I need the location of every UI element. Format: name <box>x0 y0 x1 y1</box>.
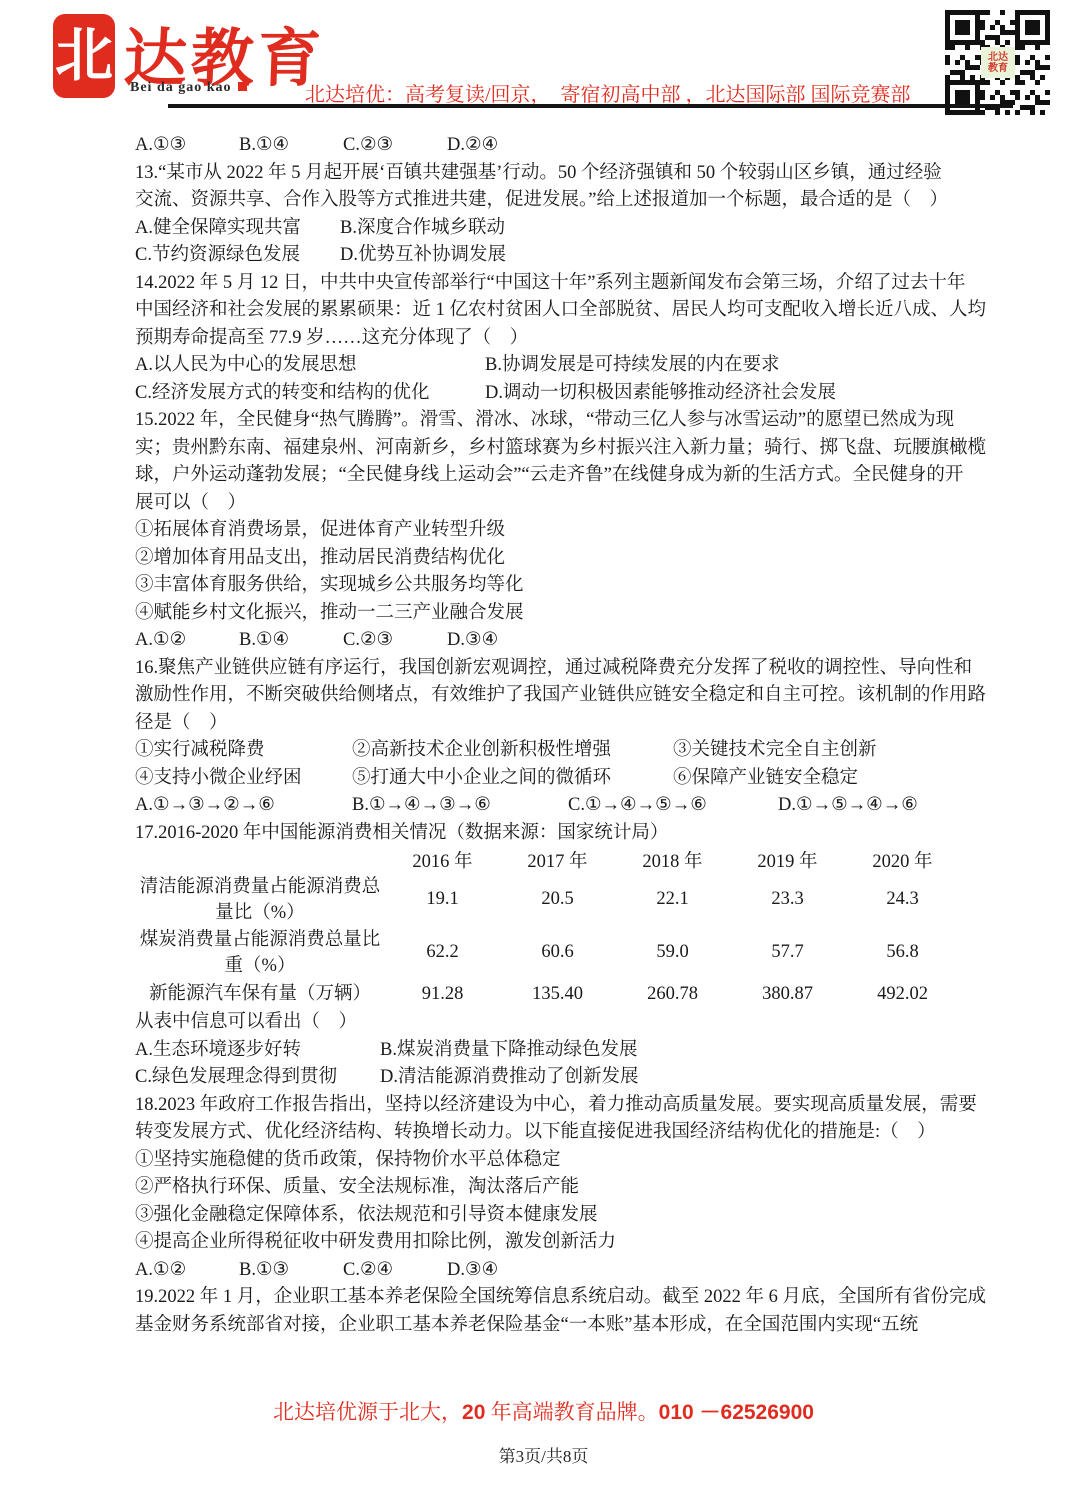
table-cell: 20.5 <box>500 889 615 910</box>
table-cell: 62.2 <box>385 942 500 963</box>
brand-seal-icon: 北 <box>53 14 115 98</box>
exam-page: 北 达教育 Bei da gao kao 北达培优：高考复读/回京， 寄宿初高中… <box>0 0 1087 1512</box>
text-line: 19.2022 年 1 月，企业职工基本养老保险全国统筹信息系统启动。截至 20… <box>135 1284 963 1312</box>
text-line: ①实行减税降费②高新技术企业创新积极性增强③关键技术完全自主创新 <box>135 737 963 765</box>
text-line: C.节约资源绿色发展D.优势互补协调发展 <box>135 242 963 270</box>
text-segment: A.①② <box>135 1257 239 1285</box>
text-segment: A.生态环境逐步好转 <box>135 1037 380 1065</box>
text-line: A.健全保障实现共富B.深度合作城乡联动 <box>135 215 963 243</box>
question-text-lines: A.①③B.①④C.②③D.②④13.“某市从 2022 年 5 月起开展‘百镇… <box>135 132 963 847</box>
text-line: ②增加体育用品支出，推动居民消费结构优化 <box>135 545 963 573</box>
text-line: ④支持小微企业纾困⑤打通大中小企业之间的微循环⑥保障产业链安全稳定 <box>135 765 963 793</box>
text-segment: D.优势互补协调发展 <box>340 242 506 270</box>
slogan-years: 20 <box>462 1401 485 1424</box>
text-line: 径是（ ） <box>135 710 963 738</box>
text-segment: D.清洁能源消费推动了创新发展 <box>380 1064 639 1092</box>
table-col-header: 2016 年 <box>385 847 500 873</box>
energy-table: 2016 年 2017 年 2018 年 2019 年 2020 年 清洁能源消… <box>135 847 960 1009</box>
text-segment: ⑥保障产业链安全稳定 <box>673 765 858 793</box>
table-row-label: 新能源汽车保有量（万辆） <box>135 981 385 1007</box>
table-col-header: 2020 年 <box>845 847 960 873</box>
text-segment: B.①③ <box>239 1257 343 1285</box>
text-line: ③丰富体育服务供给，实现城乡公共服务均等化 <box>135 572 963 600</box>
brand-subtitle-text: Bei da gao kao <box>130 80 232 95</box>
text-line: A.①③B.①④C.②③D.②④ <box>135 132 963 160</box>
table-row: 清洁能源消费量占能源消费总量比（%） 19.1 20.5 22.1 23.3 2… <box>135 873 960 926</box>
text-line: 16.聚焦产业链供应链有序运行，我国创新宏观调控，通过减税降费充分发挥了税收的调… <box>135 655 963 683</box>
text-line: ①拓展体育消费场景，促进体育产业转型升级 <box>135 517 963 545</box>
slogan-text: 年高端教育品牌。 <box>485 1400 658 1424</box>
text-line: C.经济发展方式的转变和结构的优化D.调动一切积极因素能够推动经济社会发展 <box>135 380 963 408</box>
text-segment: B.①④ <box>239 627 343 655</box>
text-line: 18.2023 年政府工作报告指出，坚持以经济建设为中心，着力推动高质量发展。要… <box>135 1092 963 1120</box>
text-segment: 16.聚焦产业链供应链有序运行，我国创新宏观调控，通过减税降费充分发挥了税收的调… <box>135 655 972 683</box>
slogan-phone: 010 －62526900 <box>659 1401 814 1424</box>
table-cell: 260.78 <box>615 984 730 1005</box>
text-line: 转变发展方式、优化经济结构、转换增长动力。以下能直接促进我国经济结构优化的措施是… <box>135 1119 963 1147</box>
text-segment: B.煤炭消费量下降推动绿色发展 <box>380 1037 637 1065</box>
text-segment: 17.2016-2020 年中国能源消费相关情况（数据来源：国家统计局） <box>135 820 668 848</box>
text-segment: D.③④ <box>447 627 498 655</box>
text-segment: ②增加体育用品支出，推动居民消费结构优化 <box>135 545 505 573</box>
text-segment: C.①→④→⑤→⑥ <box>568 792 778 820</box>
text-segment: D.调动一切积极因素能够推动经济社会发展 <box>485 380 836 408</box>
text-line: 14.2022 年 5 月 12 日，中共中央宣传部举行“中国这十年”系列主题新… <box>135 270 963 298</box>
text-segment: B.①④ <box>239 132 343 160</box>
table-cell: 56.8 <box>845 942 960 963</box>
table-cell: 135.40 <box>500 984 615 1005</box>
text-segment: 球，户外运动蓬勃发展；“全民健身线上运动会”“云走齐鲁”在线健身成为新的生活方式… <box>135 462 963 490</box>
text-segment: D.③④ <box>447 1257 498 1285</box>
text-segment: C.②④ <box>343 1257 447 1285</box>
text-segment: 13.“某市从 2022 年 5 月起开展‘百镇共建强基’行动。50 个经济强镇… <box>135 160 942 188</box>
text-segment: 展可以（ ） <box>135 490 246 518</box>
text-line: 中国经济和社会发展的累累硕果：近 1 亿农村贫困人口全部脱贫、居民人均可支配收入… <box>135 297 963 325</box>
text-segment: A.健全保障实现共富 <box>135 215 340 243</box>
table-cell: 23.3 <box>730 889 845 910</box>
text-line: 基金财务系统部省对接，企业职工基本养老保险基金“一本账”基本形成，在全国范围内实… <box>135 1312 963 1340</box>
text-segment: 转变发展方式、优化经济结构、转换增长动力。以下能直接促进我国经济结构优化的措施是… <box>135 1119 936 1147</box>
footer-slogan: 北达培优源于北大，20 年高端教育品牌。010 －62526900 <box>0 1396 1087 1426</box>
text-segment: A.①② <box>135 627 239 655</box>
table-cell: 91.28 <box>385 984 500 1005</box>
text-segment: 实；贵州黔东南、福建泉州、河南新乡，乡村篮球赛为乡村振兴注入新力量；骑行、掷飞盘… <box>135 435 986 463</box>
text-segment: 18.2023 年政府工作报告指出，坚持以经济建设为中心，着力推动高质量发展。要… <box>135 1092 977 1120</box>
seal-character: 北 <box>55 27 113 85</box>
qr-code: 北达 教育 <box>945 10 1050 115</box>
text-segment: ③丰富体育服务供给，实现城乡公共服务均等化 <box>135 572 524 600</box>
text-segment: ②严格执行环保、质量、安全法规标准，淘汰落后产能 <box>135 1174 579 1202</box>
text-segment: ①拓展体育消费场景，促进体育产业转型升级 <box>135 517 505 545</box>
table-cell: 492.02 <box>845 984 960 1005</box>
text-segment: D.②④ <box>447 132 498 160</box>
brand-subtitle: Bei da gao kao <box>130 80 247 96</box>
text-segment: 14.2022 年 5 月 12 日，中共中央宣传部举行“中国这十年”系列主题新… <box>135 270 965 298</box>
text-line: 交流、资源共享、合作入股等方式推进共建，促进发展。”给上述报道加一个标题，最合适… <box>135 187 963 215</box>
text-line: 球，户外运动蓬勃发展；“全民健身线上运动会”“云走齐鲁”在线健身成为新的生活方式… <box>135 462 963 490</box>
text-segment: 径是（ ） <box>135 710 228 738</box>
text-segment: ④赋能乡村文化振兴，推动一二三产业融合发展 <box>135 600 524 628</box>
text-line: 实；贵州黔东南、福建泉州、河南新乡，乡村篮球赛为乡村振兴注入新力量；骑行、掷飞盘… <box>135 435 963 463</box>
text-line: ①坚持实施稳健的货币政策，保持物价水平总体稳定 <box>135 1147 963 1175</box>
text-segment: D.①→⑤→④→⑥ <box>778 792 918 820</box>
table-cell: 59.0 <box>615 942 730 963</box>
text-segment: C.节约资源绿色发展 <box>135 242 340 270</box>
exam-content: A.①③B.①④C.②③D.②④13.“某市从 2022 年 5 月起开展‘百镇… <box>135 132 963 1339</box>
text-line: 激励性作用，不断突破供给侧堵点，有效维护了我国产业链供应链安全稳定和自主可控。该… <box>135 682 963 710</box>
text-segment: 19.2022 年 1 月，企业职工基本养老保险全国统筹信息系统启动。截至 20… <box>135 1284 986 1312</box>
qr-label-bottom: 教育 <box>988 63 1008 74</box>
text-line: A.①②B.①④C.②③D.③④ <box>135 627 963 655</box>
text-line: 17.2016-2020 年中国能源消费相关情况（数据来源：国家统计局） <box>135 820 963 848</box>
text-segment: A.①③ <box>135 132 239 160</box>
text-segment: C.②③ <box>343 132 447 160</box>
text-line: ②严格执行环保、质量、安全法规标准，淘汰落后产能 <box>135 1174 963 1202</box>
table-header-row: 2016 年 2017 年 2018 年 2019 年 2020 年 <box>135 847 960 873</box>
text-segment: C.绿色发展理念得到贯彻 <box>135 1064 380 1092</box>
table-row-label: 煤炭消费量占能源消费总量比重（%） <box>135 927 385 979</box>
text-segment: ④提高企业所得税征收中研发费用扣除比例，激发创新活力 <box>135 1229 616 1257</box>
text-segment: ④支持小微企业纾困 <box>135 765 352 793</box>
text-segment: C.②③ <box>343 627 447 655</box>
header-divider <box>168 104 1013 108</box>
red-square-icon <box>238 82 247 91</box>
text-segment: ①实行减税降费 <box>135 737 352 765</box>
table-cell: 57.7 <box>730 942 845 963</box>
text-line: C.绿色发展理念得到贯彻D.清洁能源消费推动了创新发展 <box>135 1064 963 1092</box>
qr-center-label: 北达 教育 <box>981 47 1015 78</box>
text-segment: 从表中信息可以看出（ ） <box>135 1009 357 1037</box>
text-line: A.以人民为中心的发展思想B.协调发展是可持续发展的内在要求 <box>135 352 963 380</box>
text-line: 13.“某市从 2022 年 5 月起开展‘百镇共建强基’行动。50 个经济强镇… <box>135 160 963 188</box>
text-line: ③强化金融稳定保障体系，依法规范和引导资本健康发展 <box>135 1202 963 1230</box>
slogan-text: 北达培优源于北大， <box>273 1400 462 1424</box>
table-row-label: 清洁能源消费量占能源消费总量比（%） <box>135 874 385 926</box>
table-row: 新能源汽车保有量（万辆） 91.28 135.40 260.78 380.87 … <box>135 979 960 1009</box>
text-segment: 中国经济和社会发展的累累硕果：近 1 亿农村贫困人口全部脱贫、居民人均可支配收入… <box>135 297 986 325</box>
text-segment: 交流、资源共享、合作入股等方式推进共建，促进发展。”给上述报道加一个标题，最合适… <box>135 187 948 215</box>
text-line: ④赋能乡村文化振兴，推动一二三产业融合发展 <box>135 600 963 628</box>
table-col-header: 2018 年 <box>615 847 730 873</box>
table-cell: 60.6 <box>500 942 615 963</box>
text-line: ④提高企业所得税征收中研发费用扣除比例，激发创新活力 <box>135 1229 963 1257</box>
text-segment: 基金财务系统部省对接，企业职工基本养老保险基金“一本账”基本形成，在全国范围内实… <box>135 1312 918 1340</box>
text-segment: ②高新技术企业创新积极性增强 <box>352 737 673 765</box>
text-segment: B.深度合作城乡联动 <box>340 215 505 243</box>
text-segment: B.①→④→③→⑥ <box>352 792 568 820</box>
text-line: 15.2022 年，全民健身“热气腾腾”。滑雪、滑冰、冰球，“带动三亿人参与冰雪… <box>135 407 963 435</box>
text-segment: 15.2022 年，全民健身“热气腾腾”。滑雪、滑冰、冰球，“带动三亿人参与冰雪… <box>135 407 954 435</box>
table-col-header: 2019 年 <box>730 847 845 873</box>
text-line: 从表中信息可以看出（ ） <box>135 1009 963 1037</box>
text-segment: ①坚持实施稳健的货币政策，保持物价水平总体稳定 <box>135 1147 561 1175</box>
text-line: A.①②B.①③C.②④D.③④ <box>135 1257 963 1285</box>
table-row: 煤炭消费量占能源消费总量比重（%） 62.2 60.6 59.0 57.7 56… <box>135 926 960 979</box>
table-cell: 380.87 <box>730 984 845 1005</box>
table-col-header: 2017 年 <box>500 847 615 873</box>
table-cell: 19.1 <box>385 889 500 910</box>
text-segment: C.经济发展方式的转变和结构的优化 <box>135 380 485 408</box>
header-tagline: 北达培优：高考复读/回京， 寄宿初高中部 ，北达国际部 国际竞赛部 <box>305 78 911 107</box>
table-cell: 24.3 <box>845 889 960 910</box>
text-segment: 激励性作用，不断突破供给侧堵点，有效维护了我国产业链供应链安全稳定和自主可控。该… <box>135 682 986 710</box>
text-line: A.①→③→②→⑥B.①→④→③→⑥C.①→④→⑤→⑥D.①→⑤→④→⑥ <box>135 792 963 820</box>
text-segment: ③强化金融稳定保障体系，依法规范和引导资本健康发展 <box>135 1202 598 1230</box>
question-text-lines: 从表中信息可以看出（ ）A.生态环境逐步好转B.煤炭消费量下降推动绿色发展C.绿… <box>135 1009 963 1339</box>
text-segment: A.①→③→②→⑥ <box>135 792 352 820</box>
text-segment: ③关键技术完全自主创新 <box>673 737 877 765</box>
text-segment: B.协调发展是可持续发展的内在要求 <box>485 352 779 380</box>
table-cell: 22.1 <box>615 889 730 910</box>
qr-label-top: 北达 <box>988 52 1008 63</box>
text-line: A.生态环境逐步好转B.煤炭消费量下降推动绿色发展 <box>135 1037 963 1065</box>
page-indicator: 第3页/共8页 <box>0 1442 1087 1467</box>
text-line: 预期寿命提高至 77.9 岁……这充分体现了（ ） <box>135 325 963 353</box>
text-segment: A.以人民为中心的发展思想 <box>135 352 485 380</box>
text-segment: 预期寿命提高至 77.9 岁……这充分体现了（ ） <box>135 325 528 353</box>
text-line: 展可以（ ） <box>135 490 963 518</box>
text-segment: ⑤打通大中小企业之间的微循环 <box>352 765 673 793</box>
